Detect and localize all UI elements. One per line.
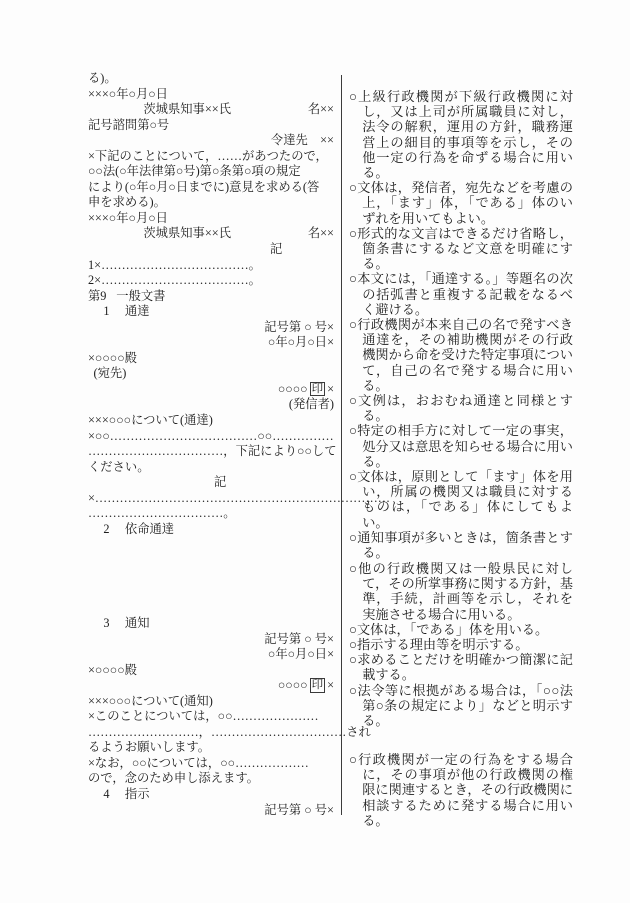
sender-name: ○○○○ (278, 382, 308, 396)
note-bullet: ○指示する理由等を明示する。 (349, 637, 573, 652)
signer-line: 茨城県知事××氏 名×× (88, 226, 334, 242)
note-bullet: ○通知事項が多いときは，箇条書とする。 (349, 530, 573, 560)
seal-stamp-icon: 印 (310, 678, 326, 693)
sender-seal-line: ○○○○印× (88, 382, 334, 398)
list-item-line: 1×………………………………。 (88, 258, 334, 274)
column-divider-rule (341, 75, 342, 815)
subsection-number: 1 (103, 304, 109, 318)
sender-seal-line: ○○○○印× (88, 678, 334, 694)
subsection-title: 依命通達 (125, 522, 174, 536)
ki-label: 記 (88, 242, 334, 258)
note-bullet: ○行政機関が一定の行為をする場合に，その事項が他の行政機関の権限に関連するとき，… (349, 752, 573, 828)
sender-name: ○○○○ (278, 678, 308, 692)
body-line: ×……………………………………………………………… (88, 491, 334, 507)
sender-note: (発信者) (88, 397, 334, 413)
subsection-title: 指示 (125, 787, 150, 801)
subsection-heading: 3 通知 (88, 616, 334, 632)
subsection-number: 3 (103, 616, 109, 630)
subsection-title: 通知 (125, 616, 150, 630)
note-bullet: ○行政機関が本来自己の名で発すべき通達を，その補助機関がその行政機関から命を受け… (349, 317, 573, 393)
body-line: ○○法(○年法律第○号)第○条第○項の規定 (88, 164, 334, 180)
ref-number-line: 記号第 ○ 号× (88, 320, 334, 336)
addressee-line: ×○○○○殿 (88, 351, 334, 367)
date-line: ○年○月○日× (88, 647, 334, 663)
recipient-label: 令達先 (271, 133, 308, 149)
body-line: ……………………………，下記により○○して (88, 444, 334, 460)
body-line: により(○年○月○日までに)意見を求める(答 (88, 180, 334, 196)
left-column-lower-block: 3 通知 記号第 ○ 号× ○年○月○日× ×○○○○殿 ○○○○印× ×××○… (88, 616, 334, 818)
addressee-note: (宛先) (88, 366, 334, 382)
subsection-number: 4 (103, 787, 109, 801)
addressee-line: ×○○○○殿 (88, 663, 334, 679)
list-item-line: 2×………………………………。 (88, 273, 334, 289)
body-line: ×○○………………………………○○…………… (88, 429, 334, 445)
date-line: ○年○月○日× (88, 335, 334, 351)
note-bullet: ○本文には，「通達する。」等題名の次の括弧書と重複する記載をなるべく避ける。 (349, 271, 573, 317)
body-line: ………………………，……………………………され (88, 725, 334, 741)
date-line: ×××○年○月○日 (88, 211, 334, 227)
recipient-value: ×× (320, 133, 334, 149)
subsection-number: 2 (103, 522, 109, 536)
body-line: 申を求める)。 (88, 195, 334, 211)
subject-line: ×××○○○について(通知) (88, 694, 334, 710)
note-bullet: ○文体は，原則として「ます」体を用い，所属の機関又は職員に対するものは，「である… (349, 469, 573, 530)
document-page: る)。 ×××○年○月○日 茨城県知事××氏 名×× 記号諮問第○号 令達先 ×… (0, 0, 630, 903)
body-line: るようお願いします。 (88, 740, 334, 756)
note-bullet: ○文例は，おおむね通達と同様とする。 (349, 393, 573, 423)
note-bullet: ○上級行政機関が下級行政機関に対し，又は上司が所属職員に対し，法令の解釈，運用の… (349, 89, 573, 180)
body-line: る)。 (88, 71, 334, 87)
subsection-heading: 4 指示 (88, 787, 334, 803)
signer-name: 茨城県知事××氏 (143, 226, 231, 242)
seal-stamp-icon: 印 (310, 382, 326, 397)
sender-suffix: × (327, 382, 334, 396)
body-line: ください。 (88, 460, 334, 476)
recipient-line: 令達先 ×× (88, 133, 334, 149)
date-line: ×××○年○月○日 (88, 87, 334, 103)
note-bullet: ○文体は，「である」体を用いる。 (349, 622, 573, 637)
notes-block-kyogi: ○行政機関が一定の行為をする場合に，その事項が他の行政機関の権限に関連するとき，… (349, 752, 573, 828)
body-line: ×このことについては，○○………………… (88, 709, 334, 725)
ref-number-line: 記号第 ○ 号× (88, 803, 334, 819)
note-bullet: ○他の行政機関又は一般県民に対して，その所掌事務に関する方針，基準，手続，計画等… (349, 561, 573, 622)
note-bullet: ○法令等に根拠がある場合は，「○○法第○条の規定により」などと明示する。 (349, 683, 573, 729)
signer-name-suffix: 名×× (308, 102, 334, 118)
ref-number-line: 記号第 ○ 号× (88, 632, 334, 648)
subsection-heading: 1 通達 (88, 304, 334, 320)
section-heading: 第9 一般文書 (88, 289, 334, 305)
doc-number-line: 記号諮問第○号 (88, 118, 334, 134)
note-bullet: ○形式的な文言はできるだけ省略し，箇条書にするなど文意を明確にする。 (349, 226, 573, 272)
subsection-heading: 2 依命通達 (88, 522, 334, 538)
notes-block-shiji: ○他の行政機関又は一般県民に対して，その所掌事務に関する方針，基準，手続，計画等… (349, 561, 573, 728)
note-bullet: ○求めることだけを明確かつ簡潔に記載する。 (349, 652, 573, 682)
subject-line: ×××○○○について(通達) (88, 413, 334, 429)
sender-suffix: × (327, 678, 334, 692)
note-bullet: ○文体は，発信者，宛先などを考慮の上，「ます」体，「である」体のいずれを用いても… (349, 180, 573, 226)
ki-label: 記 (88, 475, 334, 491)
body-line: ……………………………。 (88, 506, 334, 522)
signer-line: 茨城県知事××氏 名×× (88, 102, 334, 118)
note-bullet: ○特定の相手方に対して一定の事実，処分又は意思を知らせる場合に用いる。 (349, 423, 573, 469)
body-line: ので，念のため申し添えます。 (88, 771, 334, 787)
body-line: ×下記のことについて，……があつたので， (88, 149, 334, 165)
notes-block-tsutatsu: ○上級行政機関が下級行政機関に対し，又は上司が所属職員に対し，法令の解釈，運用の… (349, 89, 573, 560)
subsection-title: 通達 (125, 304, 150, 318)
section-number: 第9 (88, 289, 106, 305)
signer-name: 茨城県知事××氏 (143, 102, 231, 118)
section-title: 一般文書 (116, 289, 165, 305)
body-line: ×なお，○○については，○○……………… (88, 756, 334, 772)
left-column-upper-block: る)。 ×××○年○月○日 茨城県知事××氏 名×× 記号諮問第○号 令達先 ×… (88, 71, 334, 537)
signer-name-suffix: 名×× (308, 226, 334, 242)
